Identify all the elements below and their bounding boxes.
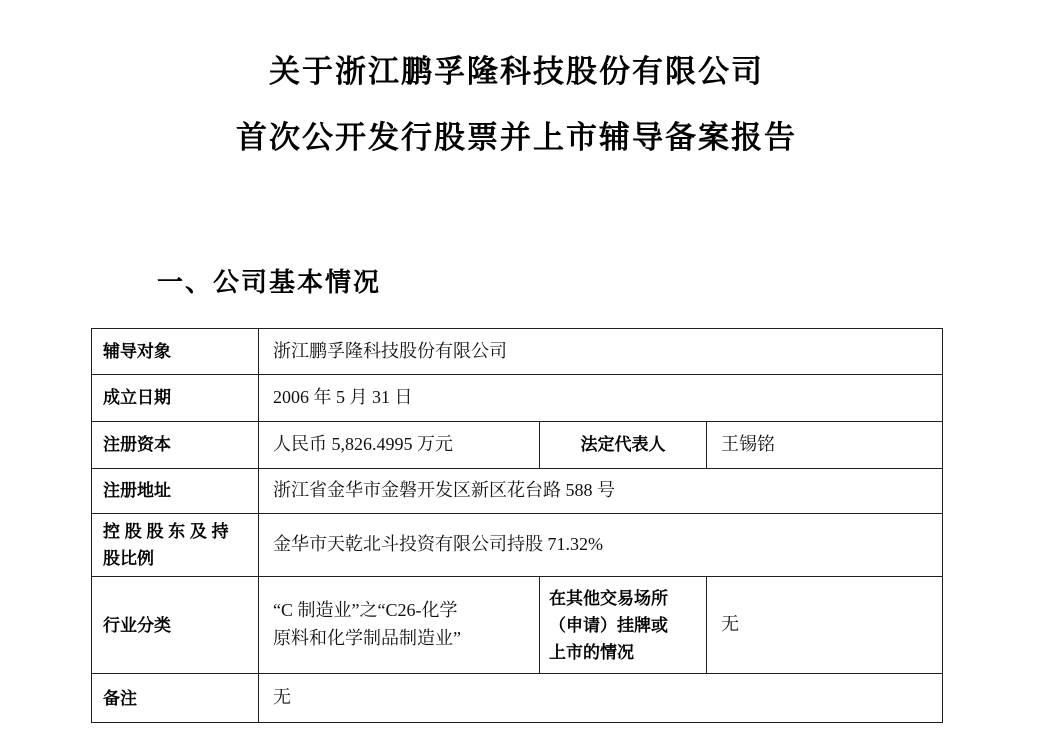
document-title: 关于浙江鹏孚隆科技股份有限公司 首次公开发行股票并上市辅导备案报告 — [91, 55, 942, 155]
document-page: 关于浙江鹏孚隆科技股份有限公司 首次公开发行股票并上市辅导备案报告 一、公司基本… — [0, 0, 1053, 749]
title-line-2: 首次公开发行股票并上市辅导备案报告 — [91, 121, 942, 155]
row-label: 辅导对象 — [92, 329, 259, 375]
row-value-secondary: 无 — [707, 577, 943, 674]
row-label: 控 股 股 东 及 持 股比例 — [92, 514, 259, 577]
table-row-counseling-target: 辅导对象 浙江鹏孚隆科技股份有限公司 — [92, 329, 943, 375]
row-label-secondary: 在其他交易场所 （申请）挂牌或 上市的情况 — [540, 577, 707, 674]
table-row-establish-date: 成立日期 2006 年 5 月 31 日 — [92, 375, 943, 422]
row-value: 2006 年 5 月 31 日 — [259, 375, 943, 422]
row-value: 金华市天乾北斗投资有限公司持股 71.32% — [259, 514, 943, 577]
row-label-secondary: 法定代表人 — [540, 422, 707, 469]
section-heading: 一、公司基本情况 — [157, 262, 381, 299]
table-row-controlling-shareholder: 控 股 股 东 及 持 股比例 金华市天乾北斗投资有限公司持股 71.32% — [92, 514, 943, 577]
table-row-registered-address: 注册地址 浙江省金华市金磐开发区新区花台路 588 号 — [92, 469, 943, 514]
row-label: 行业分类 — [92, 577, 259, 674]
row-value-secondary: 王锡铭 — [707, 422, 943, 469]
row-value: 无 — [259, 674, 943, 723]
title-line-1: 关于浙江鹏孚隆科技股份有限公司 — [91, 55, 942, 89]
row-value: “C 制造业”之“C26-化学 原料和化学制品制造业” — [259, 577, 540, 674]
row-label: 成立日期 — [92, 375, 259, 422]
table-row-industry-classification: 行业分类 “C 制造业”之“C26-化学 原料和化学制品制造业” 在其他交易场所… — [92, 577, 943, 674]
table-row-remarks: 备注 无 — [92, 674, 943, 723]
row-value: 浙江鹏孚隆科技股份有限公司 — [259, 329, 943, 375]
row-value: 浙江省金华市金磐开发区新区花台路 588 号 — [259, 469, 943, 514]
company-info-table: 辅导对象 浙江鹏孚隆科技股份有限公司 成立日期 2006 年 5 月 31 日 … — [91, 328, 943, 723]
row-label: 注册地址 — [92, 469, 259, 514]
row-label: 备注 — [92, 674, 259, 723]
table-row-registered-capital: 注册资本 人民币 5,826.4995 万元 法定代表人 王锡铭 — [92, 422, 943, 469]
row-value: 人民币 5,826.4995 万元 — [259, 422, 540, 469]
row-label: 注册资本 — [92, 422, 259, 469]
